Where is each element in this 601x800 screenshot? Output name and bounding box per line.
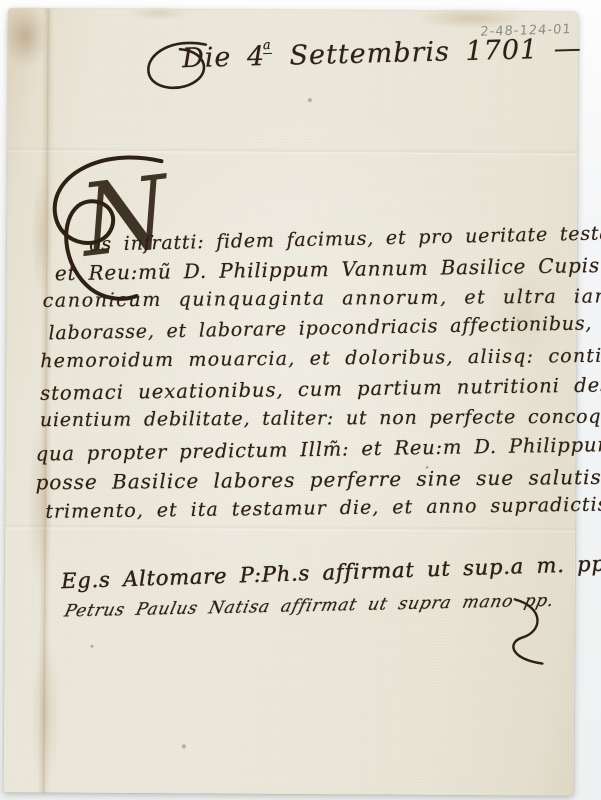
scan-background: 2-48-124-01 Die 4a Settembris 1701 — N o… (0, 0, 601, 800)
date-heading: Die 4a Settembris 1701 — (156, 33, 582, 75)
body-line: stomaci uexationibus, cum partium nutrit… (40, 373, 601, 405)
body-line: uientium debilitate, taliter: ut non per… (40, 405, 601, 431)
foxing-speck (182, 744, 186, 748)
paper-sheet: 2-48-124-01 Die 4a Settembris 1701 — N o… (4, 8, 579, 795)
signature-paraph-icon (502, 593, 554, 671)
foxing-speck (90, 645, 93, 648)
body-line: hemoroidum mouarcia, et doloribus, aliis… (40, 344, 601, 372)
body-line: canonicum quinquaginta annorum, et ultra… (43, 285, 601, 312)
heading-day-superscript: a (263, 38, 272, 54)
heading-day: 4a (247, 41, 275, 73)
heading-d-flourish-icon (142, 36, 213, 96)
horizontal-crease-lower (5, 523, 575, 533)
stain-top-edge-left (128, 6, 188, 20)
heading-month-year: Settembris 1701 — (289, 33, 582, 71)
body-line: qua propter predictum Illm̃: et Reu:m D.… (36, 432, 601, 465)
signature-line: Petrus Paulus Natisa affirmat ut supra m… (63, 591, 557, 622)
signature-line: Eg.s Altomare P:Ph.s affirmat ut sup.a m… (61, 551, 601, 593)
foxing-speck (308, 98, 312, 102)
body-line: trimento, et ita testamur die, et anno s… (45, 494, 601, 523)
body-line: posse Basilice labores perferre sine sue… (35, 464, 601, 494)
